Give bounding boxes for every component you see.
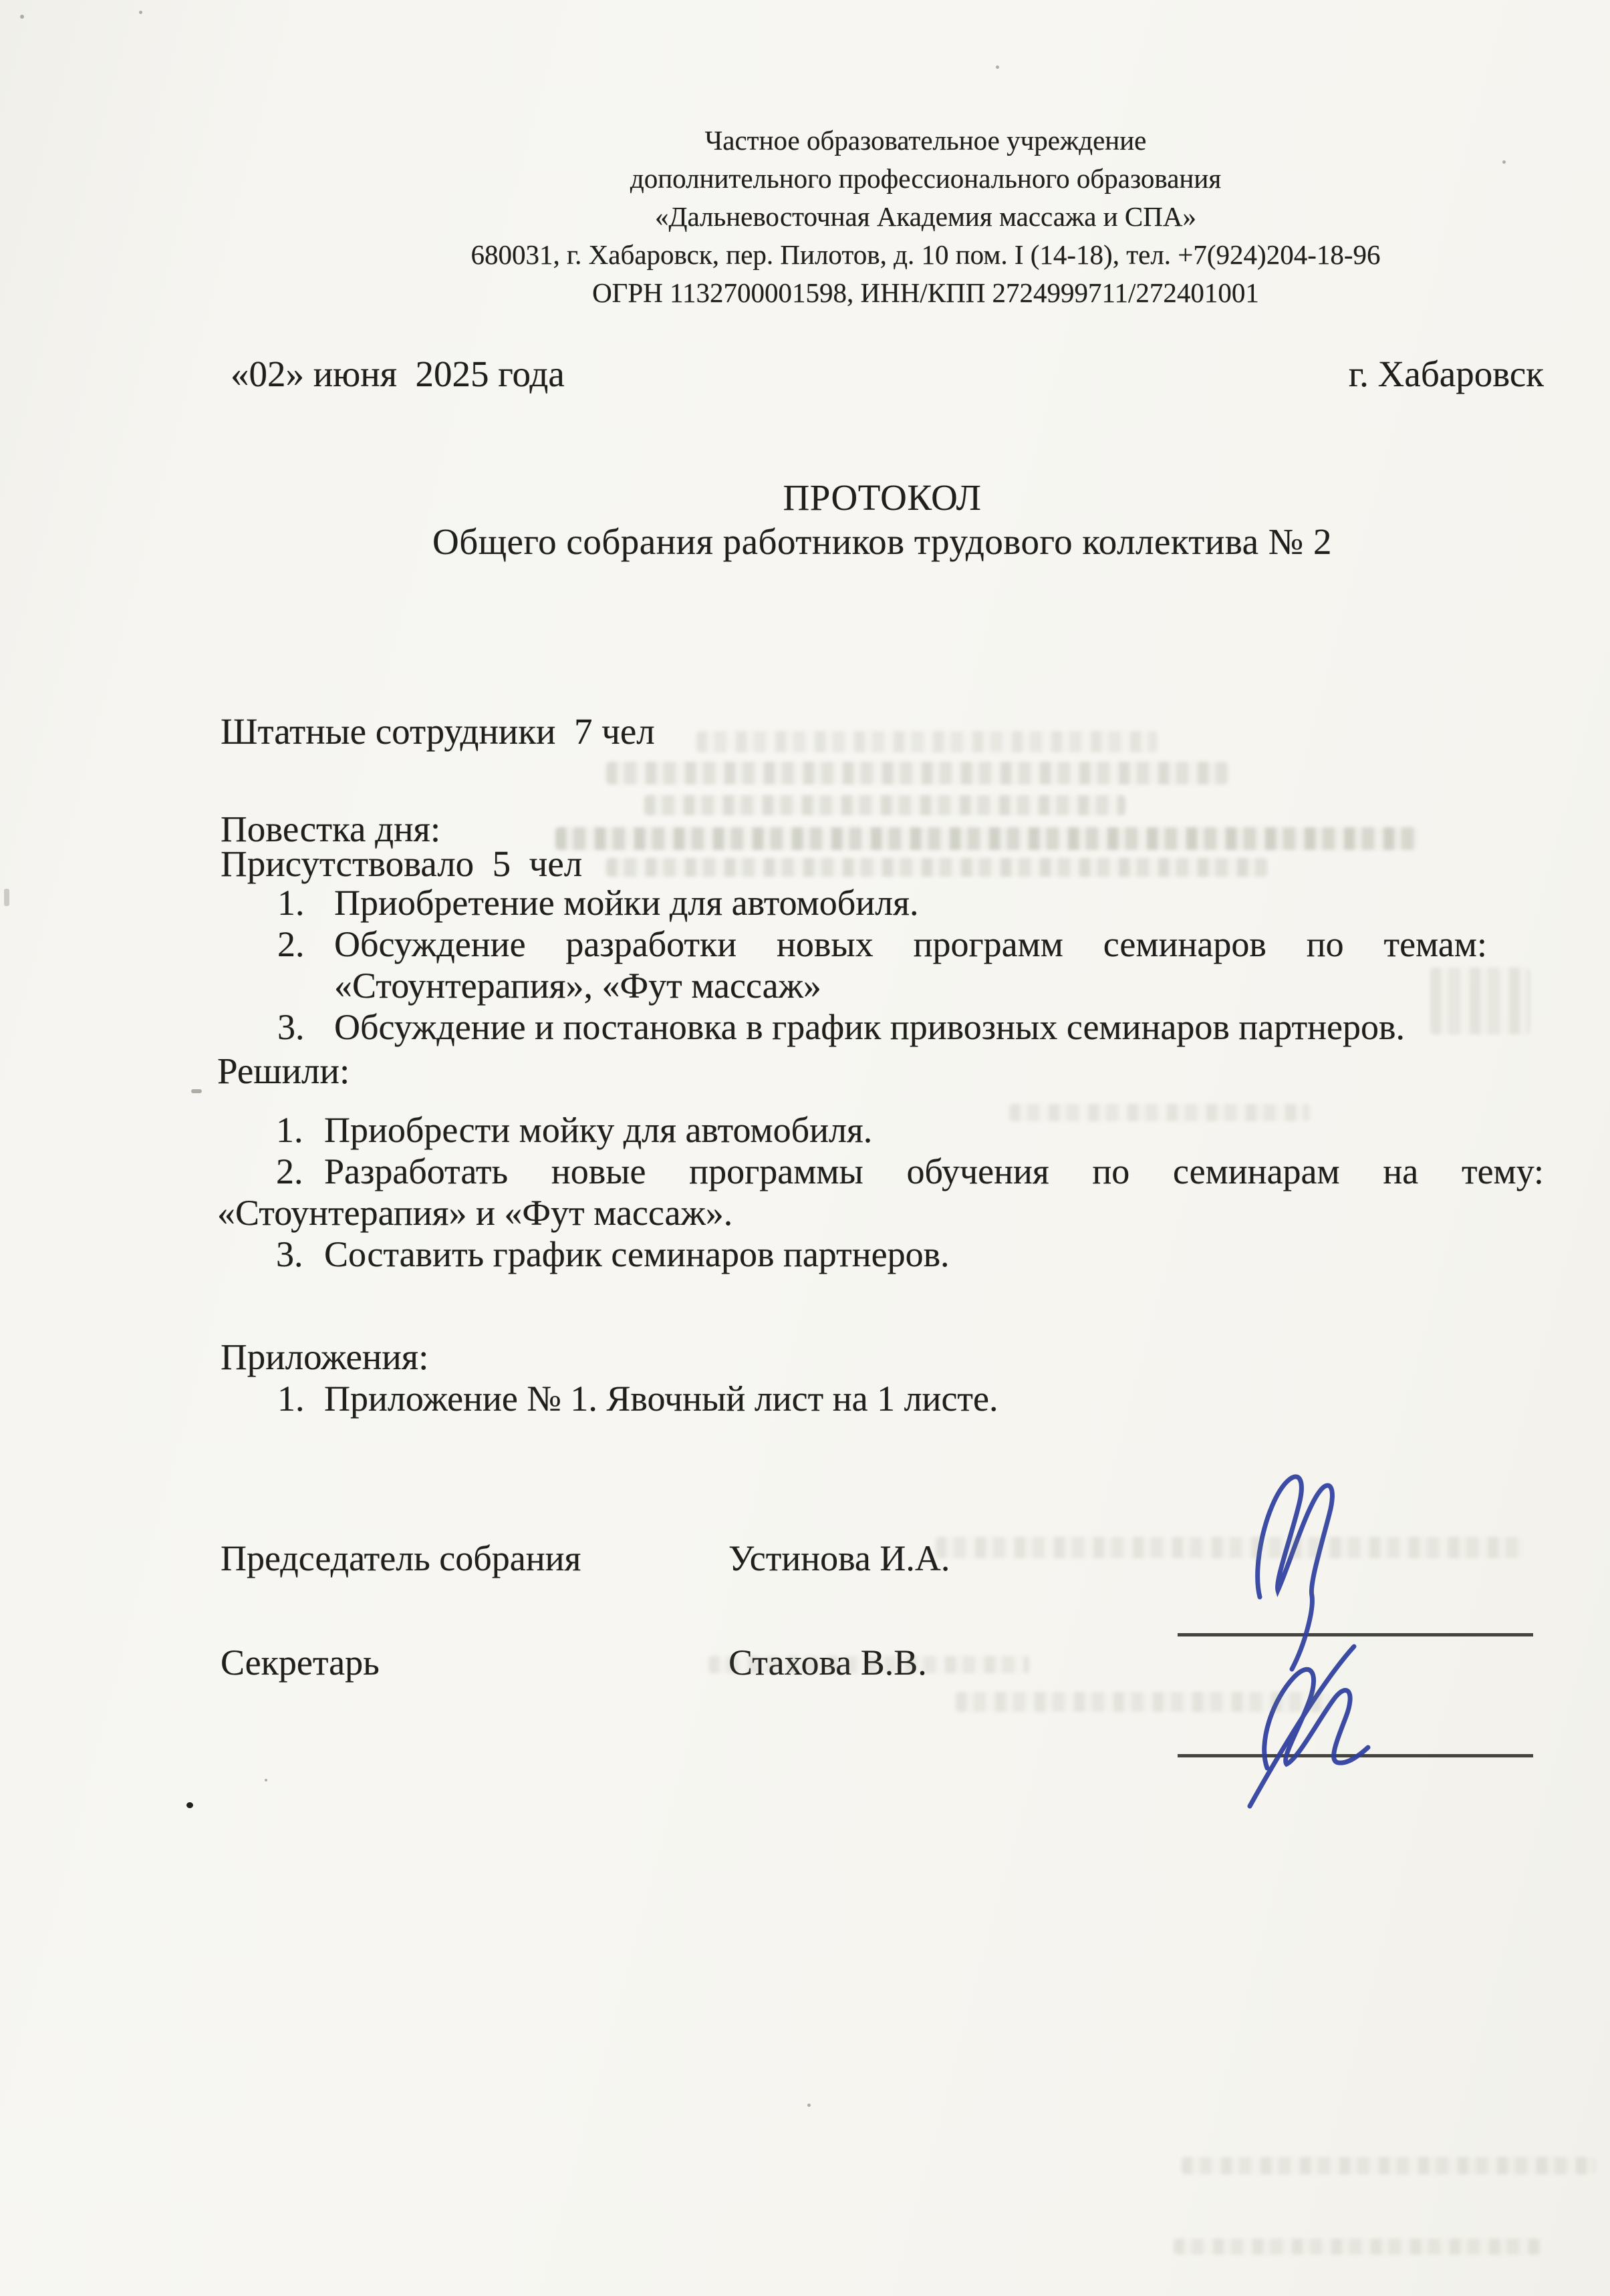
- agenda-item-1-number: 1.: [277, 882, 334, 923]
- agenda-heading: Повестка дня:: [221, 809, 440, 850]
- letterhead: Частное образовательное учреждение допол…: [307, 122, 1544, 312]
- agenda-item-2: 2. Обсуждение разработки новых программ …: [277, 923, 1487, 1006]
- agenda-item-3: 3. Обсуждение и постановка в график прив…: [277, 1006, 1544, 1048]
- resolution-item-3-number: 3.: [276, 1234, 324, 1275]
- bleed-through-band: [956, 1692, 1330, 1712]
- attachment-item-1-number: 1.: [277, 1378, 324, 1419]
- agenda-item-2-text: Обсуждение разработки новых программ сем…: [334, 923, 1487, 1006]
- scan-speck: [807, 2104, 811, 2107]
- resolution-item-1-number: 1.: [276, 1109, 324, 1151]
- agenda-item-2-number: 2.: [277, 923, 334, 1006]
- scan-speck: [265, 1779, 267, 1781]
- chairman-name: Устинова И.А.: [728, 1537, 950, 1580]
- attachment-item-1-text: Приложение № 1. Явочный лист на 1 листе.: [324, 1378, 1544, 1419]
- bleed-through-band: [1182, 2157, 1596, 2174]
- chairman-role-label: Председатель собрания: [221, 1537, 581, 1580]
- title-word-protocol: ПРОТОКОЛ: [221, 476, 1544, 520]
- resolution-item-2: 2.Разработать новые программы обучения п…: [217, 1151, 1544, 1234]
- agenda-item-3-number: 3.: [277, 1006, 334, 1048]
- bleed-through-band: [1174, 2239, 1541, 2255]
- document-city: г. Хабаровск: [1349, 353, 1544, 396]
- org-name-line-1: Частное образовательное учреждение: [307, 122, 1544, 160]
- title-subject-line: Общего собрания работников трудового кол…: [221, 520, 1544, 564]
- resolution-item-1-text: Приобрести мойку для автомобиля.: [324, 1110, 872, 1150]
- attachments-heading: Приложения:: [221, 1336, 428, 1378]
- resolution-item-3-text: Составить график семинаров партнеров.: [324, 1234, 950, 1274]
- document-date: «02» июня 2025 года: [231, 353, 565, 396]
- org-address-line: 680031, г. Хабаровск, пер. Пилотов, д. 1…: [307, 236, 1544, 274]
- staff-count-line: Штатные сотрудники 7 чел: [221, 710, 655, 754]
- resolution-item-2-number: 2.: [276, 1151, 324, 1192]
- scan-speck: [996, 65, 999, 69]
- bleed-through-band: [555, 827, 1418, 850]
- bleed-through-band: [1009, 1104, 1310, 1121]
- scan-speck: [139, 11, 142, 14]
- bleed-through-band: [936, 1537, 1524, 1558]
- agenda-item-1-text: Приобретение мойки для автомобиля.: [334, 882, 1544, 923]
- resolutions-heading: Решили:: [217, 1050, 350, 1092]
- agenda-item-1: 1. Приобретение мойки для автомобиля.: [277, 882, 1544, 923]
- resolution-item-1: 1.Приобрести мойку для автомобиля.: [217, 1109, 1544, 1151]
- org-registration-line: ОГРН 1132700001598, ИНН/КПП 2724999711/2…: [307, 274, 1544, 312]
- secretary-signature-ink: [1236, 1636, 1377, 1813]
- agenda-item-3-text: Обсуждение и постановка в график привозн…: [334, 1006, 1544, 1048]
- bleed-through-band: [708, 1656, 1029, 1673]
- org-name-line-2: дополнительного профессионального образо…: [307, 160, 1544, 198]
- scanned-protocol-document: Частное образовательное учреждение допол…: [0, 0, 1610, 2296]
- resolution-item-3: 3.Составить график семинаров партнеров.: [217, 1234, 1544, 1275]
- dateline: «02» июня 2025 года г. Хабаровск: [231, 353, 1544, 396]
- scan-edge-mark: [4, 889, 9, 906]
- ink-dot-artifact: [186, 1802, 193, 1808]
- bleed-through-band: [606, 762, 1228, 784]
- bleed-through-band: [696, 731, 1158, 752]
- secretary-role-label: Секретарь: [221, 1641, 380, 1684]
- resolution-item-2-text: Разработать новые программы обучения по …: [217, 1151, 1544, 1233]
- scan-speck: [191, 1089, 202, 1093]
- document-title: ПРОТОКОЛ Общего собрания работников труд…: [221, 476, 1544, 564]
- bleed-through-band: [644, 795, 1125, 815]
- scan-speck: [20, 15, 24, 19]
- scan-speck: [1502, 160, 1506, 164]
- bleed-through-band: [606, 858, 1268, 877]
- bleed-through-band: [1430, 968, 1530, 1034]
- attachment-item-1: 1. Приложение № 1. Явочный лист на 1 лис…: [277, 1378, 1544, 1419]
- org-name-line-3: «Дальневосточная Академия массажа и СПА»: [307, 198, 1544, 236]
